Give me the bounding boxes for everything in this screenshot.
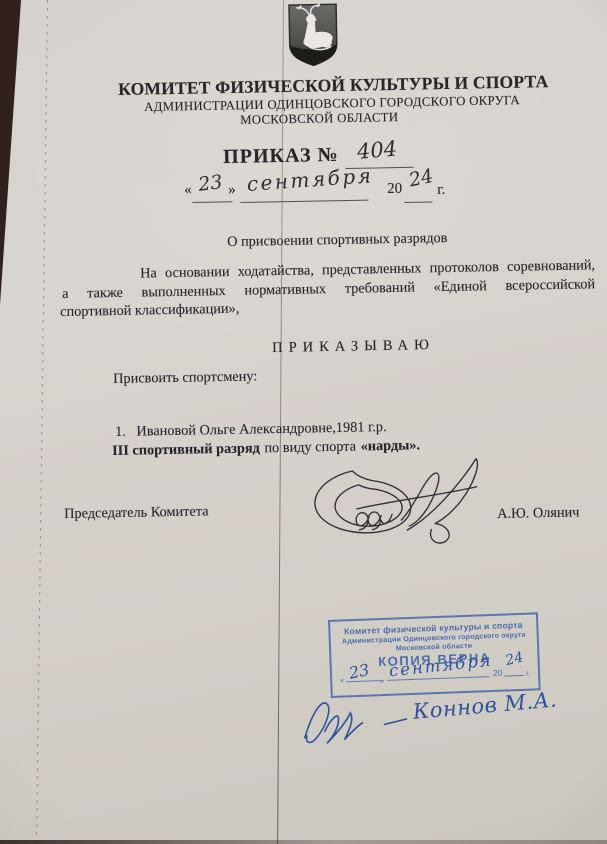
assign-line: Присвоить спортсмену: bbox=[113, 368, 257, 388]
rank-bold: III спортивный разряд bbox=[112, 440, 260, 459]
rank-sport: «нарды». bbox=[360, 437, 420, 454]
stamp-date-year-prefix: 20 bbox=[493, 668, 503, 678]
order-title-label: ПРИКАЗ № bbox=[223, 144, 339, 169]
item-number: 1. bbox=[115, 424, 126, 440]
date-open-quote: « bbox=[184, 182, 192, 199]
coat-of-arms-icon bbox=[287, 2, 339, 68]
decree-word: ПРИКАЗЫВАЮ bbox=[272, 337, 435, 357]
stamp-date-open-quote: « bbox=[340, 677, 344, 684]
date-year-prefix: 20 bbox=[387, 181, 402, 198]
date-close-quote: » bbox=[228, 182, 236, 199]
item-name: Ивановой Ольге Александровне,1981 г.р. bbox=[136, 419, 386, 440]
date-day-handwritten: 23 bbox=[197, 171, 224, 196]
bottom-edge-shadow bbox=[0, 840, 607, 844]
stamp-date-close-quote: » bbox=[380, 678, 384, 685]
order-number-handwritten: 404 bbox=[356, 137, 398, 164]
signer-title: Председатель Комитета bbox=[64, 503, 209, 523]
document-photo: КОМИТЕТ ФИЗИЧЕСКОЙ КУЛЬТУРЫ И СПОРТА АДМ… bbox=[0, 0, 607, 844]
stamp-date-day-handwritten: 23 bbox=[347, 660, 371, 683]
date-year-suffix: г. bbox=[437, 182, 446, 199]
certifier-signature bbox=[296, 690, 409, 750]
org-subtitle-2: МОСКОВСКОЙ ОБЛАСТИ bbox=[240, 110, 399, 128]
certification-stamp: Комитет физической культуры и спорта Адм… bbox=[328, 612, 541, 698]
chairman-signature bbox=[298, 452, 492, 556]
rank-mid: по виду спорта bbox=[264, 439, 356, 457]
stamp-date-year-suffix: г. bbox=[526, 669, 530, 678]
signer-name: А.Ю. Олянич bbox=[497, 504, 580, 523]
body-line-3: спортивной классификации», bbox=[60, 301, 240, 321]
